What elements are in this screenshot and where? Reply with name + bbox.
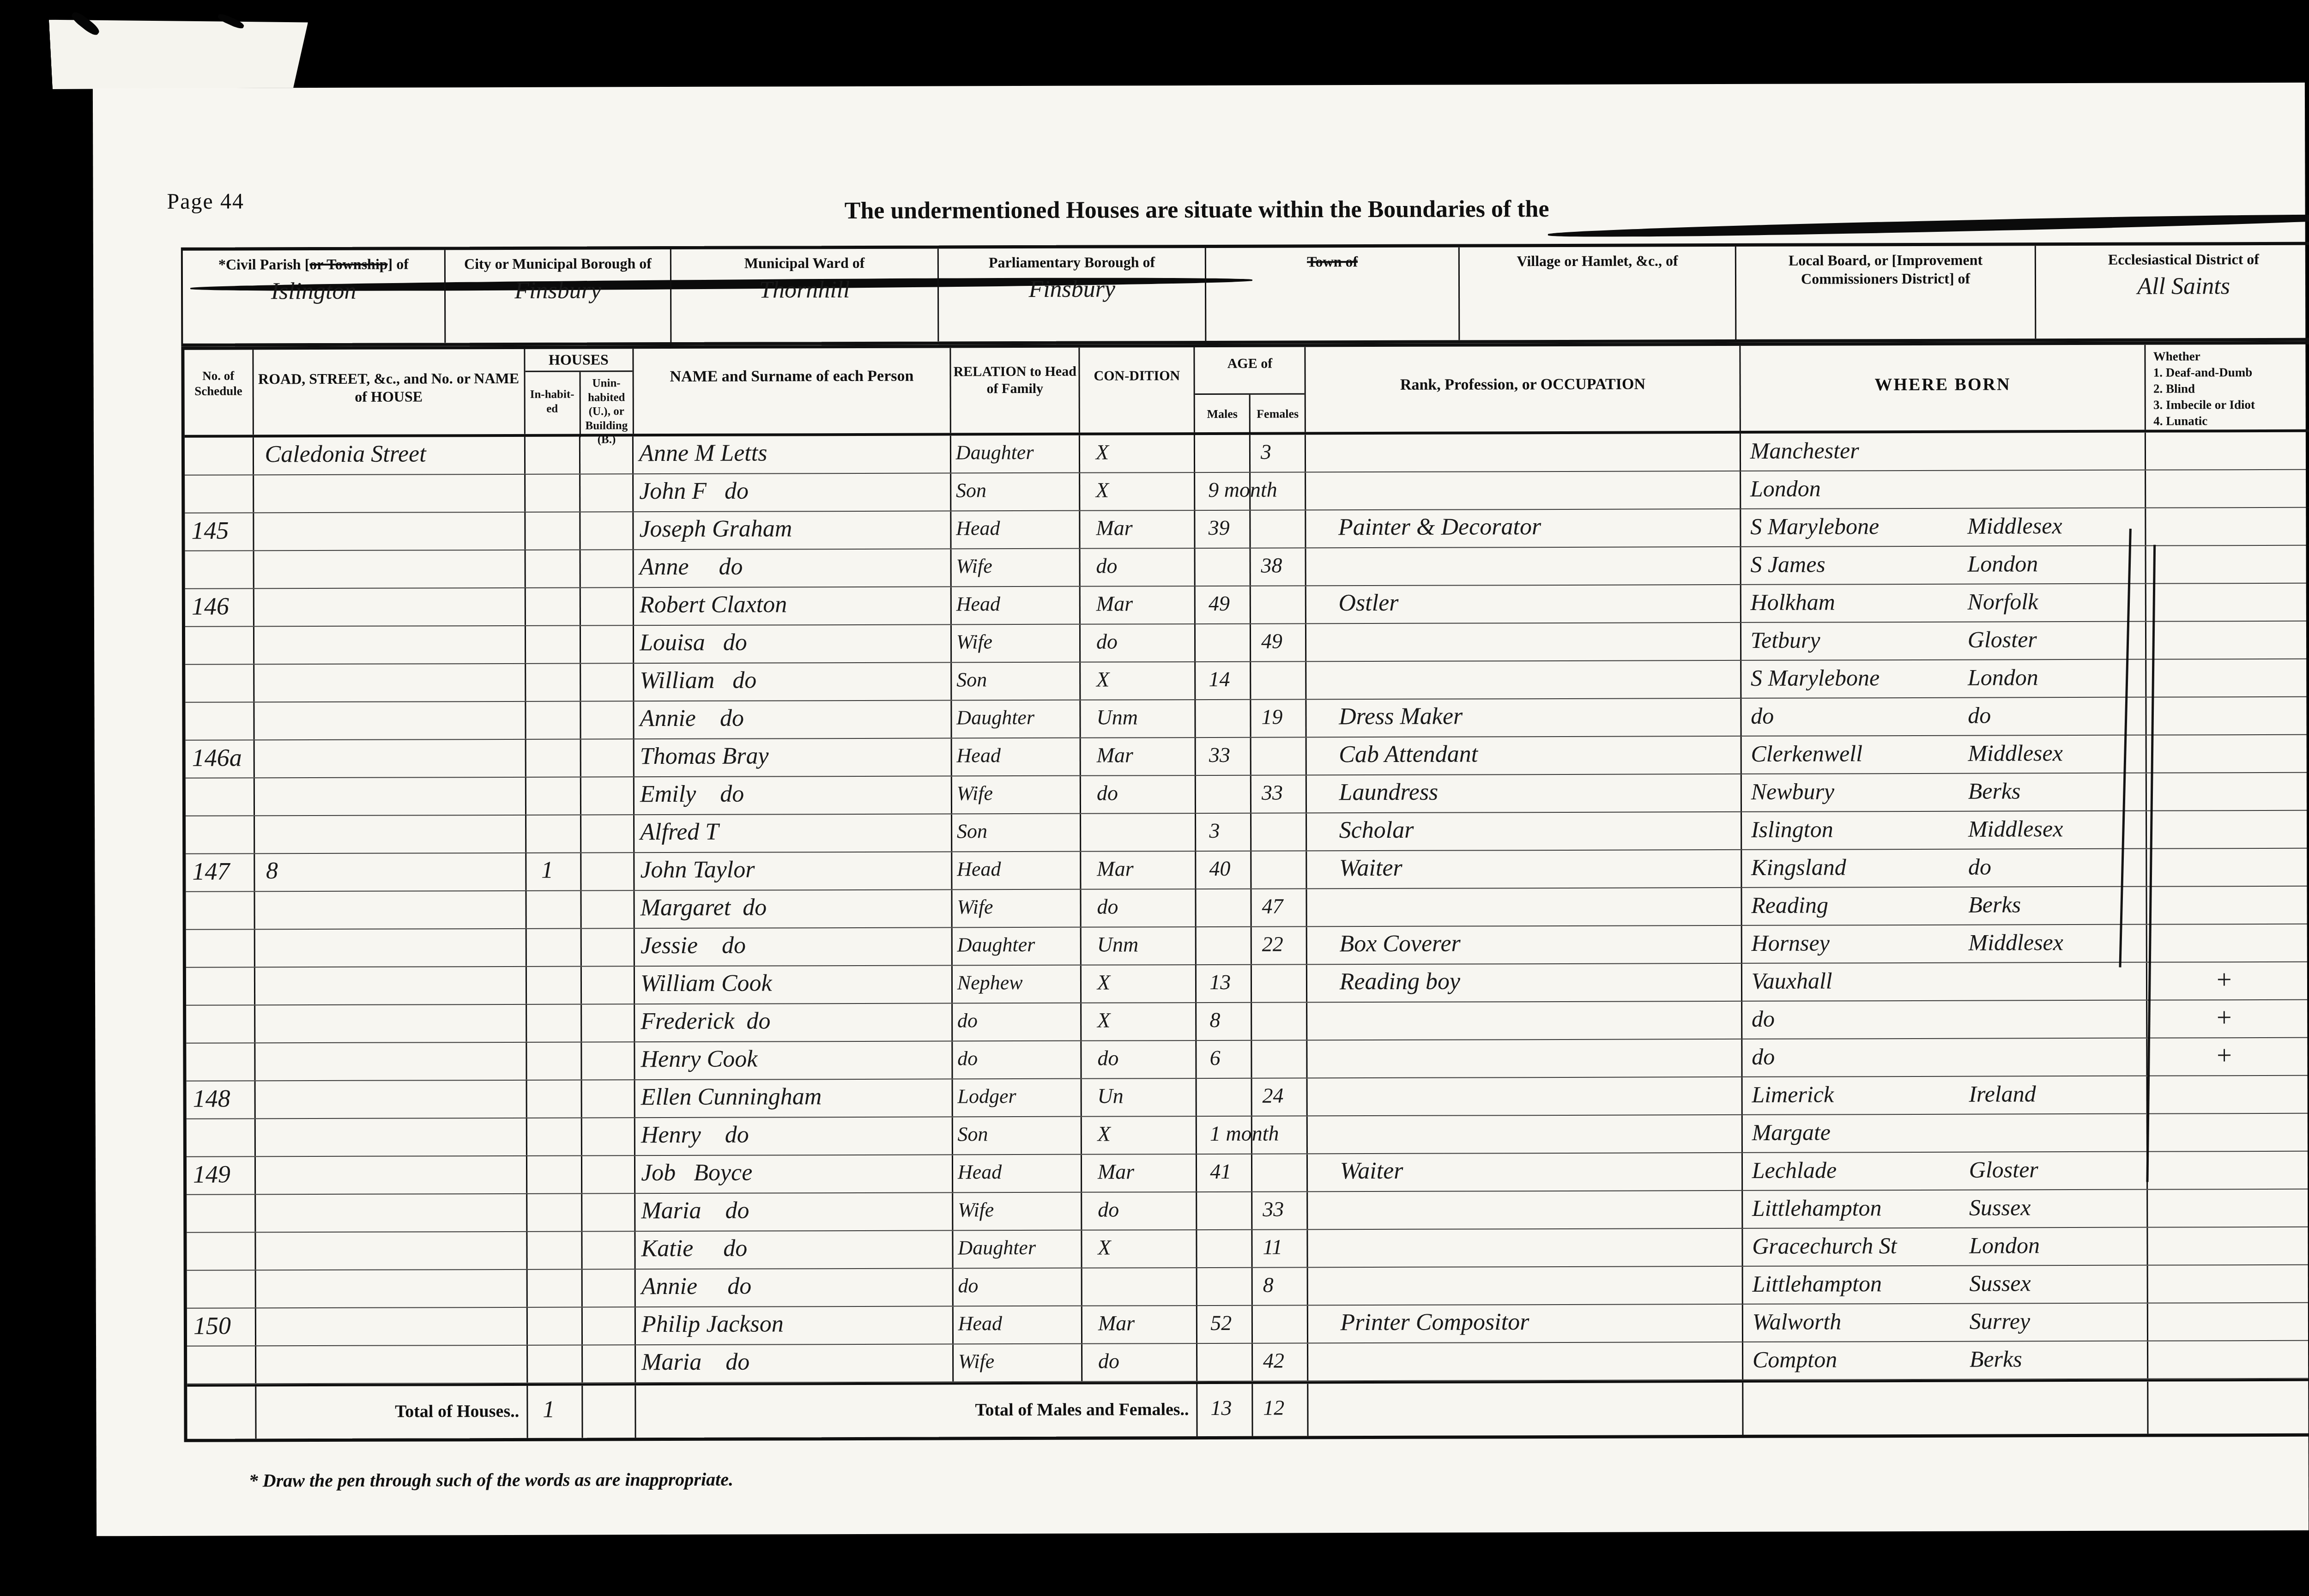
cell-condition: do <box>1081 776 1196 813</box>
cell-name: Maria do <box>636 1344 954 1382</box>
born-place: do <box>1752 1001 1969 1036</box>
table-row: William Cook Nephew X 13 Reading boy Vau… <box>186 962 2309 1006</box>
cell-infirmity-mark <box>2148 1152 2309 1189</box>
born-place: Compton <box>1753 1342 1970 1377</box>
col-name: NAME and Surname of each Person <box>634 348 951 434</box>
cell-age-female <box>1251 851 1307 888</box>
cell-road <box>254 513 526 550</box>
cell-inhabited <box>526 891 582 928</box>
cell-inhabited <box>526 626 581 663</box>
cell-road <box>254 778 526 816</box>
cell-occupation <box>1307 1077 1742 1115</box>
cell-inhabited <box>526 550 581 587</box>
cell-occupation: Box Coverer <box>1307 926 1742 964</box>
table-row: 145 Joseph Graham Head Mar 39 Painter & … <box>185 508 2309 551</box>
cell-age-male <box>1197 927 1252 964</box>
cell-age-female <box>1252 1003 1307 1040</box>
boundary-field-value: Islington <box>183 274 444 308</box>
cell-relation: Head <box>952 587 1081 624</box>
cell-relation: do <box>953 1004 1082 1041</box>
boundary-field-label: Village or Hamlet, &c., of <box>1460 251 1735 271</box>
cell-age-male <box>1197 1268 1253 1305</box>
cell-condition: Mar <box>1081 852 1196 889</box>
cell-inhabited <box>526 929 582 966</box>
cell-condition: Unm <box>1081 700 1196 738</box>
table-row: 146a Thomas Bray Head Mar 33 Cab Attenda… <box>186 735 2309 779</box>
cell-where-born: LimerickIreland <box>1742 1076 2147 1114</box>
cell-name: Jessie do <box>635 928 953 966</box>
born-place: Clerkenwell <box>1751 736 1968 771</box>
cell-age-female <box>1253 1306 1308 1342</box>
born-county: do <box>1968 702 1991 728</box>
cell-uninhabited <box>582 967 635 1004</box>
cell-name: Anne do <box>634 549 952 587</box>
cell-occupation: Cab Attendant <box>1306 737 1741 774</box>
cell-name: Ellen Cunningham <box>635 1079 953 1117</box>
cell-relation: do <box>953 1269 1082 1306</box>
born-place: Holkham <box>1750 585 1967 619</box>
table-row: John F do Son X 9 month London <box>185 470 2309 514</box>
born-county: London <box>1969 1232 2040 1258</box>
census-table: No. of Schedule ROAD, STREET, &c., and N… <box>181 341 2309 1442</box>
cell-relation: Head <box>952 738 1081 776</box>
totals-row: Total of Houses.. 1 Total of Males and F… <box>187 1379 2309 1439</box>
cell-schedule <box>187 1346 256 1383</box>
total-females: 12 <box>1253 1384 1308 1436</box>
born-place: Littlehampton <box>1752 1266 1969 1301</box>
table-row: Henry do Son X 1 month Margate <box>187 1114 2309 1157</box>
cell-infirmity-mark <box>2147 849 2309 886</box>
cell-inhabited <box>526 816 582 852</box>
boundary-field: Town of <box>1206 248 1460 341</box>
born-place: S Marylebone <box>1750 509 1967 544</box>
cell-age-female <box>1251 586 1306 623</box>
cell-age-male: 8 <box>1197 1003 1252 1040</box>
table-row: 146 Robert Claxton Head Mar 49 Ostler Ho… <box>185 584 2309 627</box>
cell-infirmity-mark <box>2146 659 2309 697</box>
boundary-field: Village or Hamlet, &c., of <box>1460 247 1736 340</box>
cell-uninhabited <box>581 815 635 852</box>
cell-relation: Son <box>951 473 1080 511</box>
born-county: do <box>1968 854 1991 880</box>
born-county: Berks <box>1968 778 2021 804</box>
col-occupation: Rank, Profession, or OCCUPATION <box>1306 346 1741 432</box>
cell-occupation <box>1306 661 1741 699</box>
table-row: Caledonia Street Anne M Letts Daughter X… <box>185 432 2309 476</box>
cell-schedule <box>186 967 255 1004</box>
born-county: Gloster <box>1968 626 2037 652</box>
cell-infirmity-mark <box>2146 697 2309 735</box>
cell-road <box>254 702 526 740</box>
born-place: Islington <box>1751 812 1968 846</box>
col-whether-infirm: Whether 1. Deaf-and-Dumb 2. Blind 3. Imb… <box>2146 345 2309 430</box>
cell-condition: do <box>1082 1344 1197 1381</box>
cell-occupation: Printer Compositor <box>1308 1305 1743 1342</box>
born-place: Lechlade <box>1752 1153 1969 1187</box>
cell-schedule <box>185 665 254 701</box>
cell-uninhabited <box>583 1194 636 1231</box>
born-place: Gracechurch St <box>1752 1228 1969 1263</box>
cell-relation: Wife <box>953 1193 1082 1230</box>
cell-name: Margaret do <box>635 890 953 928</box>
cell-road <box>255 816 526 853</box>
cell-occupation <box>1307 1002 1742 1040</box>
cell-occupation <box>1307 1040 1742 1077</box>
boundary-field-label: Ecclesiastical District of <box>2036 250 2309 269</box>
cell-age-male: 13 <box>1197 965 1252 1002</box>
cell-age-male <box>1196 776 1251 813</box>
cell-uninhabited <box>580 474 634 511</box>
cell-age-female <box>1252 1116 1308 1153</box>
cell-name: Alfred T <box>635 814 952 852</box>
born-place: Tetbury <box>1751 623 1968 657</box>
col-houses: HOUSES In-habit-ed Unin-habited (U.), or… <box>525 349 634 434</box>
cell-where-born: do <box>1742 1039 2147 1076</box>
cell-occupation: Reading boy <box>1307 964 1742 1002</box>
born-place: Hornsey <box>1751 925 1968 960</box>
cell-road <box>254 588 526 626</box>
born-county: Berks <box>1968 891 2021 917</box>
cell-uninhabited <box>583 1232 636 1269</box>
cell-occupation: Dress Maker <box>1306 699 1741 737</box>
cell-road <box>256 1308 527 1346</box>
cell-where-born: Vauxhall <box>1742 963 2147 1001</box>
cell-inhabited <box>527 1043 582 1080</box>
boundary-field: *Civil Parish [or Township] of Islington <box>183 250 446 343</box>
cell-age-male <box>1196 700 1251 737</box>
cell-road <box>254 664 526 702</box>
born-place: Manchester <box>1750 433 1967 468</box>
table-row: 148 Ellen Cunningham Lodger Un 24 Limeri… <box>187 1076 2309 1119</box>
born-county: Norfolk <box>1967 588 2038 614</box>
cell-uninhabited <box>581 512 634 549</box>
cell-infirmity-mark <box>2147 1076 2309 1113</box>
cell-occupation: Painter & Decorator <box>1306 509 1741 547</box>
cell-age-male: 41 <box>1197 1155 1252 1191</box>
table-row: 149 Job Boyce Head Mar 41 Waiter Lechlad… <box>187 1152 2309 1195</box>
cell-schedule <box>186 778 255 815</box>
cell-name: Anne M Letts <box>634 435 951 473</box>
cell-infirmity-mark <box>2148 1114 2309 1151</box>
born-place: do <box>1751 698 1968 733</box>
cell-name: Henry Cook <box>635 1041 953 1079</box>
cell-empty <box>1308 1383 1743 1436</box>
cell-name: Frederick do <box>635 1004 953 1041</box>
cell-relation: Lodger <box>953 1079 1082 1117</box>
cell-occupation <box>1308 1229 1743 1267</box>
cell-condition: do <box>1081 889 1196 927</box>
cell-inhabited <box>527 1118 582 1155</box>
cell-uninhabited <box>582 853 635 890</box>
cell-infirmity-mark <box>2146 470 2309 508</box>
born-place: Margate <box>1752 1115 1969 1149</box>
cell-relation: Son <box>952 663 1081 700</box>
table-row: Alfred T Son 3 Scholar IslingtonMiddlese… <box>186 811 2309 854</box>
cell-where-born: Kingslanddo <box>1742 849 2147 887</box>
cell-occupation <box>1306 434 1741 472</box>
cell-age-female <box>1251 738 1307 774</box>
cell-infirmity-mark <box>2146 622 2309 659</box>
cell-name: Maria do <box>635 1193 953 1231</box>
cell-road <box>255 1118 527 1156</box>
cell-uninhabited <box>583 1270 636 1306</box>
cell-occupation <box>1308 1191 1743 1229</box>
cell-condition <box>1082 1268 1197 1306</box>
cell-uninhabited <box>582 1042 635 1079</box>
cell-uninhabited <box>581 701 635 738</box>
cell-uninhabited <box>582 1118 635 1155</box>
cell-age-male <box>1197 1344 1253 1381</box>
cell-relation: Wife <box>954 1344 1082 1382</box>
born-county: Berks <box>1970 1346 2022 1372</box>
census-page: Page 44 The undermentioned Houses are si… <box>93 83 2309 1536</box>
cell-where-born: LechladeGloster <box>1743 1152 2148 1190</box>
cell-name: Emily do <box>635 776 952 814</box>
cell-condition: Mar <box>1081 586 1196 624</box>
cell-schedule <box>185 437 254 474</box>
table-row: Frederick do do X 8 do + <box>186 1000 2309 1044</box>
cell-age-male: 6 <box>1197 1041 1252 1078</box>
cell-where-born: TetburyGloster <box>1741 622 2146 660</box>
total-males: 13 <box>1197 1384 1253 1436</box>
born-place: Reading <box>1751 888 1968 922</box>
cell-infirmity-mark <box>2148 1303 2309 1341</box>
cell-where-born: HornseyMiddlesex <box>1742 925 2147 963</box>
cell-age-female <box>1252 1040 1307 1077</box>
cell-condition: X <box>1082 965 1197 1003</box>
cell-road <box>255 1081 527 1118</box>
born-county: Surrey <box>1970 1308 2031 1334</box>
cell-road <box>255 891 526 929</box>
cell-uninhabited <box>583 1345 636 1382</box>
cell-occupation <box>1306 472 1741 509</box>
cell-inhabited <box>527 1156 583 1193</box>
cell-age-male: 1 month <box>1197 1117 1252 1154</box>
total-houses-value: 1 <box>528 1386 583 1438</box>
cell-occupation <box>1307 1115 1742 1153</box>
cell-age-female: 49 <box>1251 624 1306 661</box>
cell-occupation <box>1306 623 1741 661</box>
cell-where-born: London <box>1741 471 2146 508</box>
cell-uninhabited <box>582 1156 635 1193</box>
boundary-field-label: Local Board, or [Improvement Commissione… <box>1736 250 2035 288</box>
col-relation: RELATION to Head of Family <box>951 348 1081 433</box>
cell-uninhabited <box>581 550 634 587</box>
born-county: Gloster <box>1969 1156 2038 1182</box>
born-place: London <box>1750 471 1967 506</box>
cell-condition: X <box>1080 435 1195 472</box>
cell-name: Job Boyce <box>635 1155 953 1193</box>
cell-road <box>255 967 526 1005</box>
cell-infirmity-mark <box>2147 887 2309 924</box>
cell-age-male <box>1197 1192 1252 1229</box>
cell-inhabited <box>526 778 582 815</box>
born-place: Kingsland <box>1751 850 1968 884</box>
cell-condition: Mar <box>1082 1155 1197 1192</box>
cell-name: John Taylor <box>635 852 952 890</box>
cell-infirmity-mark <box>2148 1227 2309 1265</box>
table-row: William do Son X 14 S MaryleboneLondon <box>185 659 2309 703</box>
cell-inhabited <box>527 1194 583 1231</box>
cell-age-male <box>1196 624 1251 661</box>
cell-age-male: 33 <box>1196 738 1251 775</box>
cell-road <box>254 626 526 664</box>
born-county: London <box>1968 664 2038 690</box>
cell-infirmity-mark <box>2147 773 2309 810</box>
cell-name: William Cook <box>635 966 953 1004</box>
cell-empty <box>2148 1381 2309 1434</box>
cell-schedule <box>186 1043 255 1080</box>
cell-age-male <box>1197 1230 1253 1267</box>
cell-where-born: ClerkenwellMiddlesex <box>1741 736 2146 774</box>
cell-age-male: 3 <box>1196 814 1251 851</box>
born-place: Newbury <box>1751 774 1968 809</box>
born-place: Walworth <box>1753 1304 1970 1339</box>
cell-age-female: 11 <box>1252 1230 1308 1267</box>
cell-occupation: Laundress <box>1306 774 1741 812</box>
cell-age-female: 33 <box>1252 1192 1308 1229</box>
cell-road <box>254 740 526 778</box>
cell-schedule: 150 <box>187 1308 256 1345</box>
cell-infirmity-mark <box>2148 1265 2309 1303</box>
cell-age-male <box>1196 549 1251 586</box>
boundary-field-label: Municipal Ward of <box>671 253 937 272</box>
cell-relation: Wife <box>952 625 1081 662</box>
boundary-field-value: Finsbury <box>446 273 670 308</box>
cell-schedule: 147 <box>186 854 255 891</box>
table-row: Annie do do 8 LittlehamptonSussex <box>187 1265 2309 1309</box>
table-row: Emily do Wife do 33 Laundress NewburyBer… <box>186 773 2309 816</box>
cell-infirmity-mark <box>2146 546 2309 583</box>
cell-infirmity-mark <box>2146 432 2309 470</box>
cell-age-female: 33 <box>1251 775 1307 812</box>
cell-road <box>256 1232 527 1270</box>
total-persons-label: Total of Males and Females.. <box>636 1384 1197 1438</box>
cell-name: Annie do <box>636 1269 954 1306</box>
table-row: Annie do Daughter Unm 19 Dress Maker dod… <box>185 697 2309 741</box>
cell-relation: Nephew <box>953 966 1082 1003</box>
col-age-label: AGE of <box>1195 347 1305 393</box>
table-row: Maria do Wife do 33 LittlehamptonSussex <box>187 1190 2309 1233</box>
cell-where-born: WalworthSurrey <box>1743 1304 2148 1342</box>
cell-relation: Wife <box>952 776 1081 814</box>
cell-relation: Daughter <box>951 435 1080 473</box>
cell-schedule <box>187 1270 256 1307</box>
born-county: Middlesex <box>1968 740 2063 766</box>
cell-where-born: NewburyBerks <box>1742 774 2147 811</box>
col-inhabited: In-habit-ed <box>525 372 580 437</box>
cell-inhabited <box>527 967 582 1004</box>
cell-schedule <box>187 1195 256 1232</box>
born-county: Middlesex <box>1968 929 2063 955</box>
cell-inhabited <box>526 513 581 550</box>
cell-inhabited <box>528 1308 583 1345</box>
cell-inhabited <box>526 664 581 701</box>
cell-road <box>255 929 526 967</box>
cell-age-female: 3 <box>1251 435 1306 472</box>
born-place: S James <box>1750 547 1967 581</box>
cell-schedule <box>185 702 254 739</box>
cell-infirmity-mark <box>2146 584 2309 621</box>
cell-infirmity-mark <box>2147 925 2309 962</box>
cell-uninhabited <box>580 436 634 473</box>
cell-occupation <box>1306 547 1741 585</box>
cell-road: Caledonia Street <box>254 437 525 475</box>
col-houses-label: HOUSES <box>525 349 632 372</box>
table-row: Louisa do Wife do 49 TetburyGloster <box>185 622 2309 665</box>
cell-schedule <box>186 892 255 929</box>
cell-name: Philip Jackson <box>636 1306 954 1344</box>
cell-empty <box>1743 1382 2148 1435</box>
cell-relation: Head <box>951 511 1080 549</box>
col-females: Females <box>1251 394 1305 433</box>
cell-inhabited <box>526 588 581 625</box>
cell-relation: Daughter <box>952 701 1081 738</box>
cell-schedule: 146 <box>185 589 254 626</box>
born-county: London <box>1967 550 2038 576</box>
col-road: ROAD, STREET, &c., and No. or NAME of HO… <box>254 349 525 435</box>
cell-name: Robert Claxton <box>634 587 952 625</box>
cell-relation: Wife <box>952 890 1081 927</box>
cell-road <box>254 475 526 513</box>
boundary-field-value: Thornhill <box>671 272 937 308</box>
boundary-field-label: Parliamentary Borough of <box>939 253 1205 272</box>
cell-condition: do <box>1082 1041 1197 1078</box>
cell-name: Joseph Graham <box>634 511 951 549</box>
cell-age-male: 9 month <box>1195 473 1251 510</box>
table-row: Katie do Daughter X 11 Gracechurch StLon… <box>187 1227 2309 1271</box>
cell-age-male <box>1195 435 1251 472</box>
cell-condition <box>1081 814 1196 851</box>
cell-schedule <box>185 627 254 664</box>
cell-age-female <box>1251 662 1306 699</box>
cell-age-female: 19 <box>1251 700 1306 737</box>
cell-schedule: 146a <box>186 740 255 777</box>
cell-where-born: Gracechurch StLondon <box>1743 1228 2148 1266</box>
cell-relation: Son <box>953 1117 1082 1155</box>
born-county: Sussex <box>1969 1194 2031 1220</box>
cell-schedule <box>187 1233 256 1270</box>
cell-where-born: LittlehamptonSussex <box>1743 1190 2148 1228</box>
boundary-field: Local Board, or [Improvement Commissione… <box>1736 246 2036 339</box>
cell-condition: X <box>1082 1003 1197 1040</box>
cell-occupation: Ostler <box>1306 585 1741 623</box>
cell-schedule <box>186 816 255 853</box>
cell-age-female <box>1251 510 1306 547</box>
cell-occupation <box>1307 888 1742 926</box>
cell-road <box>255 1043 527 1081</box>
boundary-field-value: All Saints <box>2036 269 2309 304</box>
cell-where-born: Manchester <box>1741 433 2146 471</box>
cell-road: 8 <box>255 853 526 891</box>
cell-road <box>256 1346 528 1384</box>
cell-occupation: Scholar <box>1307 812 1742 850</box>
cell-age-male: 39 <box>1196 511 1251 548</box>
cell-inhabited: 1 <box>526 853 582 890</box>
cell-occupation: Waiter <box>1307 850 1742 888</box>
cell-name: Katie do <box>635 1231 953 1269</box>
cell-age-male: 49 <box>1196 586 1251 623</box>
cell-schedule: 145 <box>185 513 254 550</box>
cell-age-female: 8 <box>1253 1268 1308 1305</box>
cell-empty <box>187 1386 256 1439</box>
col-males: Males <box>1195 395 1251 434</box>
cell-infirmity-mark <box>2148 1341 2309 1378</box>
born-county: Middlesex <box>1967 513 2062 539</box>
table-row: Maria do Wife do 42 ComptonBerks <box>187 1341 2309 1384</box>
boundary-field: Parliamentary Borough of Finsbury <box>939 248 1207 342</box>
cell-condition: X <box>1082 1230 1197 1268</box>
